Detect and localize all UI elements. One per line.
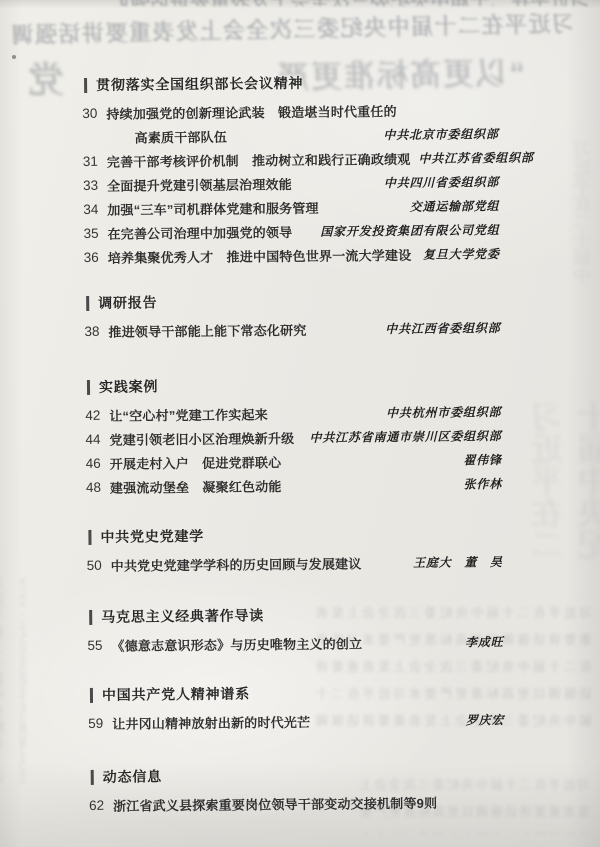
entry-attribution: 李成旺 [457, 636, 504, 648]
entry-title: 完善干部考核评价机制 推动树立和践行正确政绩观 [107, 152, 411, 168]
entry-attribution: 中共江西省委组织部 [377, 322, 500, 335]
section-marker-bar-icon [86, 295, 89, 310]
entry-attribution: 张作林 [455, 478, 502, 490]
section-header: 实践案例 [85, 372, 501, 398]
toc-section: 中共党史党建学 50 中共党史党建学学科的历史回顾与发展建议 王庭大 董 昊 [86, 522, 502, 578]
bleedthrough-noise-right-upper: 习近平在二十届中央纪委三次全会上发表重要讲话强调以更高标准更严要求习近平在二十届… [566, 140, 600, 290]
toc-section: 实践案例 42 让“空心村”党建工作实起来 中共杭州市委组织部 44 党建引领老… [85, 372, 502, 500]
section-marker-bar-icon [88, 529, 91, 544]
section-header: 马克思主义经典著作导读 [87, 602, 503, 628]
entry-title: 中共党史党建学学科的历史回顾与发展建议 [111, 557, 362, 572]
entry-page-number: 50 [87, 559, 111, 573]
bleedthrough-top-edge-fragments: 习近平在二十届中央纪委三次全会上发表重要讲话强调以更高标准更严要求习近平在二十届… [120, 0, 590, 6]
bleedthrough-noise-left-margin: 习近平在二十届中央纪委三次全会上发表重要讲话强调以更高标准更严要求习近平在二十届… [0, 575, 26, 790]
entry-page-number: 31 [83, 155, 107, 169]
entry-attribution: 中共江苏省委组织部 [410, 152, 533, 165]
entry-title: 培养集聚优秀人才 推进中国特色世界一流大学建设 [108, 248, 412, 264]
toc-entry: 62 浙江省武义县探索重要岗位领导干部变动交接机制等9则 [89, 790, 505, 818]
section-title: 马克思主义经典著作导读 [101, 605, 264, 627]
toc-section: 马克思主义经典著作导读 55 《德意志意识形态》与历史唯物主义的创立 李成旺 [87, 602, 503, 658]
entry-title: 加强“三车”司机群体党建和服务管理 [107, 201, 319, 216]
toc-entry: 38 推进领导干部能上能下常态化研究 中共江西省委组织部 [84, 316, 500, 344]
section-header: 调研报告 [84, 288, 500, 314]
section-header: 贯彻落实全国组织部长会议精神 [82, 70, 498, 96]
section-title: 中国共产党人精神谱系 [102, 683, 250, 704]
entry-title: 全面提升党建引领基层治理效能 [107, 177, 292, 192]
entry-page-number: 48 [86, 481, 110, 495]
toc-entry: 48 建强流动堡垒 凝聚红色动能 张作林 [86, 472, 502, 500]
entry-page-number: 62 [89, 799, 113, 813]
entry-title: 建强流动堡垒 凝聚红色动能 [110, 480, 282, 495]
section-marker-bar-icon [87, 379, 90, 394]
entry-page-number: 46 [86, 457, 110, 471]
section-title: 贯彻落实全国组织部长会议精神 [96, 73, 303, 95]
entry-attribution: 中共北京市委组织部 [375, 128, 498, 141]
toc-entry: 50 中共党史党建学学科的历史回顾与发展建议 王庭大 董 昊 [87, 550, 503, 578]
section-title: 动态信息 [103, 766, 162, 787]
toc-entry: 55 《德意志意识形态》与历史唯物主义的创立 李成旺 [87, 630, 503, 658]
entry-attribution: 中共杭州市委组织部 [378, 406, 501, 419]
scanned-journal-toc-page: 习近平在二十届中央纪委三次全会上发表重要讲话强调以更高标准更严要求习近平在二十届… [0, 0, 600, 847]
entry-attribution: 复旦大学党委 [415, 248, 500, 261]
section-header: 中共党史党建学 [86, 522, 502, 548]
section-title: 中共党史党建学 [100, 526, 204, 547]
entry-page-number: 34 [83, 203, 107, 217]
entry-page-number: 55 [87, 639, 111, 653]
section-header: 动态信息 [89, 762, 505, 788]
entry-title: 《德意志意识形态》与历史唯物主义的创立 [111, 637, 362, 652]
entry-attribution: 国家开发投资集团有限公司党组 [312, 224, 499, 238]
entry-page-number: 33 [83, 179, 107, 193]
bleedthrough-headline-1: 习近平在二十届中央纪委三次全会上发表重要讲话强调 [10, 7, 575, 50]
toc-entry: 59 让井冈山精神放射出新的时代光芒 罗庆宏 [88, 708, 504, 736]
section-header: 中国共产党人精神谱系 [88, 680, 504, 706]
entry-page-number: 30 [82, 107, 106, 121]
bleedthrough-fragment: 党 [27, 52, 64, 104]
entry-attribution: 王庭大 董 昊 [405, 556, 503, 569]
entry-title: 在完善公司治理中加强党的领导 [107, 225, 292, 240]
section-marker-bar-icon [84, 77, 87, 92]
entry-page-number: 59 [88, 717, 112, 731]
entry-attribution: 翟伟锋 [455, 454, 502, 466]
section-marker-bar-icon [89, 609, 92, 624]
toc-section: 调研报告 38 推进领导干部能上能下常态化研究 中共江西省委组织部 [84, 288, 500, 344]
entry-title: 开展走村入户 促进党群联心 [110, 456, 282, 471]
entry-title-continued: 高素质干部队伍 [135, 130, 228, 144]
section-title: 实践案例 [99, 376, 158, 397]
entry-attribution: 中共江苏省南通市崇川区委组织部 [301, 430, 501, 444]
entry-title: 让“空心村”党建工作实起来 [109, 408, 268, 423]
section-title: 调研报告 [98, 292, 157, 313]
section-marker-bar-icon [91, 769, 94, 784]
entry-title: 浙江省武义县探索重要岗位领导干部变动交接机制等9则 [113, 796, 437, 812]
bleedthrough-noise-right-middle: 习近平在二十届中央纪委三次全会上发表重要讲话强调以更高标准更严要求习近平在二十届… [526, 400, 600, 585]
entry-page-number: 42 [85, 409, 109, 423]
toc-entry: 36 培养集聚优秀人才 推进中国特色世界一流大学建设 复旦大学党委 [84, 242, 500, 270]
entry-title: 让井冈山精神放射出新的时代光芒 [112, 715, 310, 730]
entry-page-number: 35 [83, 227, 107, 241]
table-of-contents: 贯彻落实全国组织部长会议精神 30 持续加强党的创新理论武装 锻造堪当时代重任的… [82, 70, 505, 818]
entry-attribution: 交通运输部党组 [402, 200, 500, 213]
entry-page-number: 36 [84, 251, 108, 265]
entry-page-number: 38 [84, 325, 108, 339]
entry-page-number: 44 [85, 433, 109, 447]
entry-title: 推进领导干部能上能下常态化研究 [108, 323, 306, 338]
scan-speck [12, 55, 16, 59]
section-marker-bar-icon [90, 687, 93, 702]
entry-title: 党建引领老旧小区治理焕新升级 [109, 431, 294, 446]
entry-title: 持续加强党的创新理论武装 锻造堪当时代重任的 [106, 104, 397, 120]
toc-section: 贯彻落实全国组织部长会议精神 30 持续加强党的创新理论武装 锻造堪当时代重任的… [82, 70, 500, 270]
entry-attribution: 罗庆宏 [458, 714, 505, 726]
toc-section: 中国共产党人精神谱系 59 让井冈山精神放射出新的时代光芒 罗庆宏 [88, 680, 504, 736]
entry-attribution: 中共四川省委组织部 [376, 176, 499, 189]
toc-section: 动态信息 62 浙江省武义县探索重要岗位领导干部变动交接机制等9则 [89, 762, 505, 818]
